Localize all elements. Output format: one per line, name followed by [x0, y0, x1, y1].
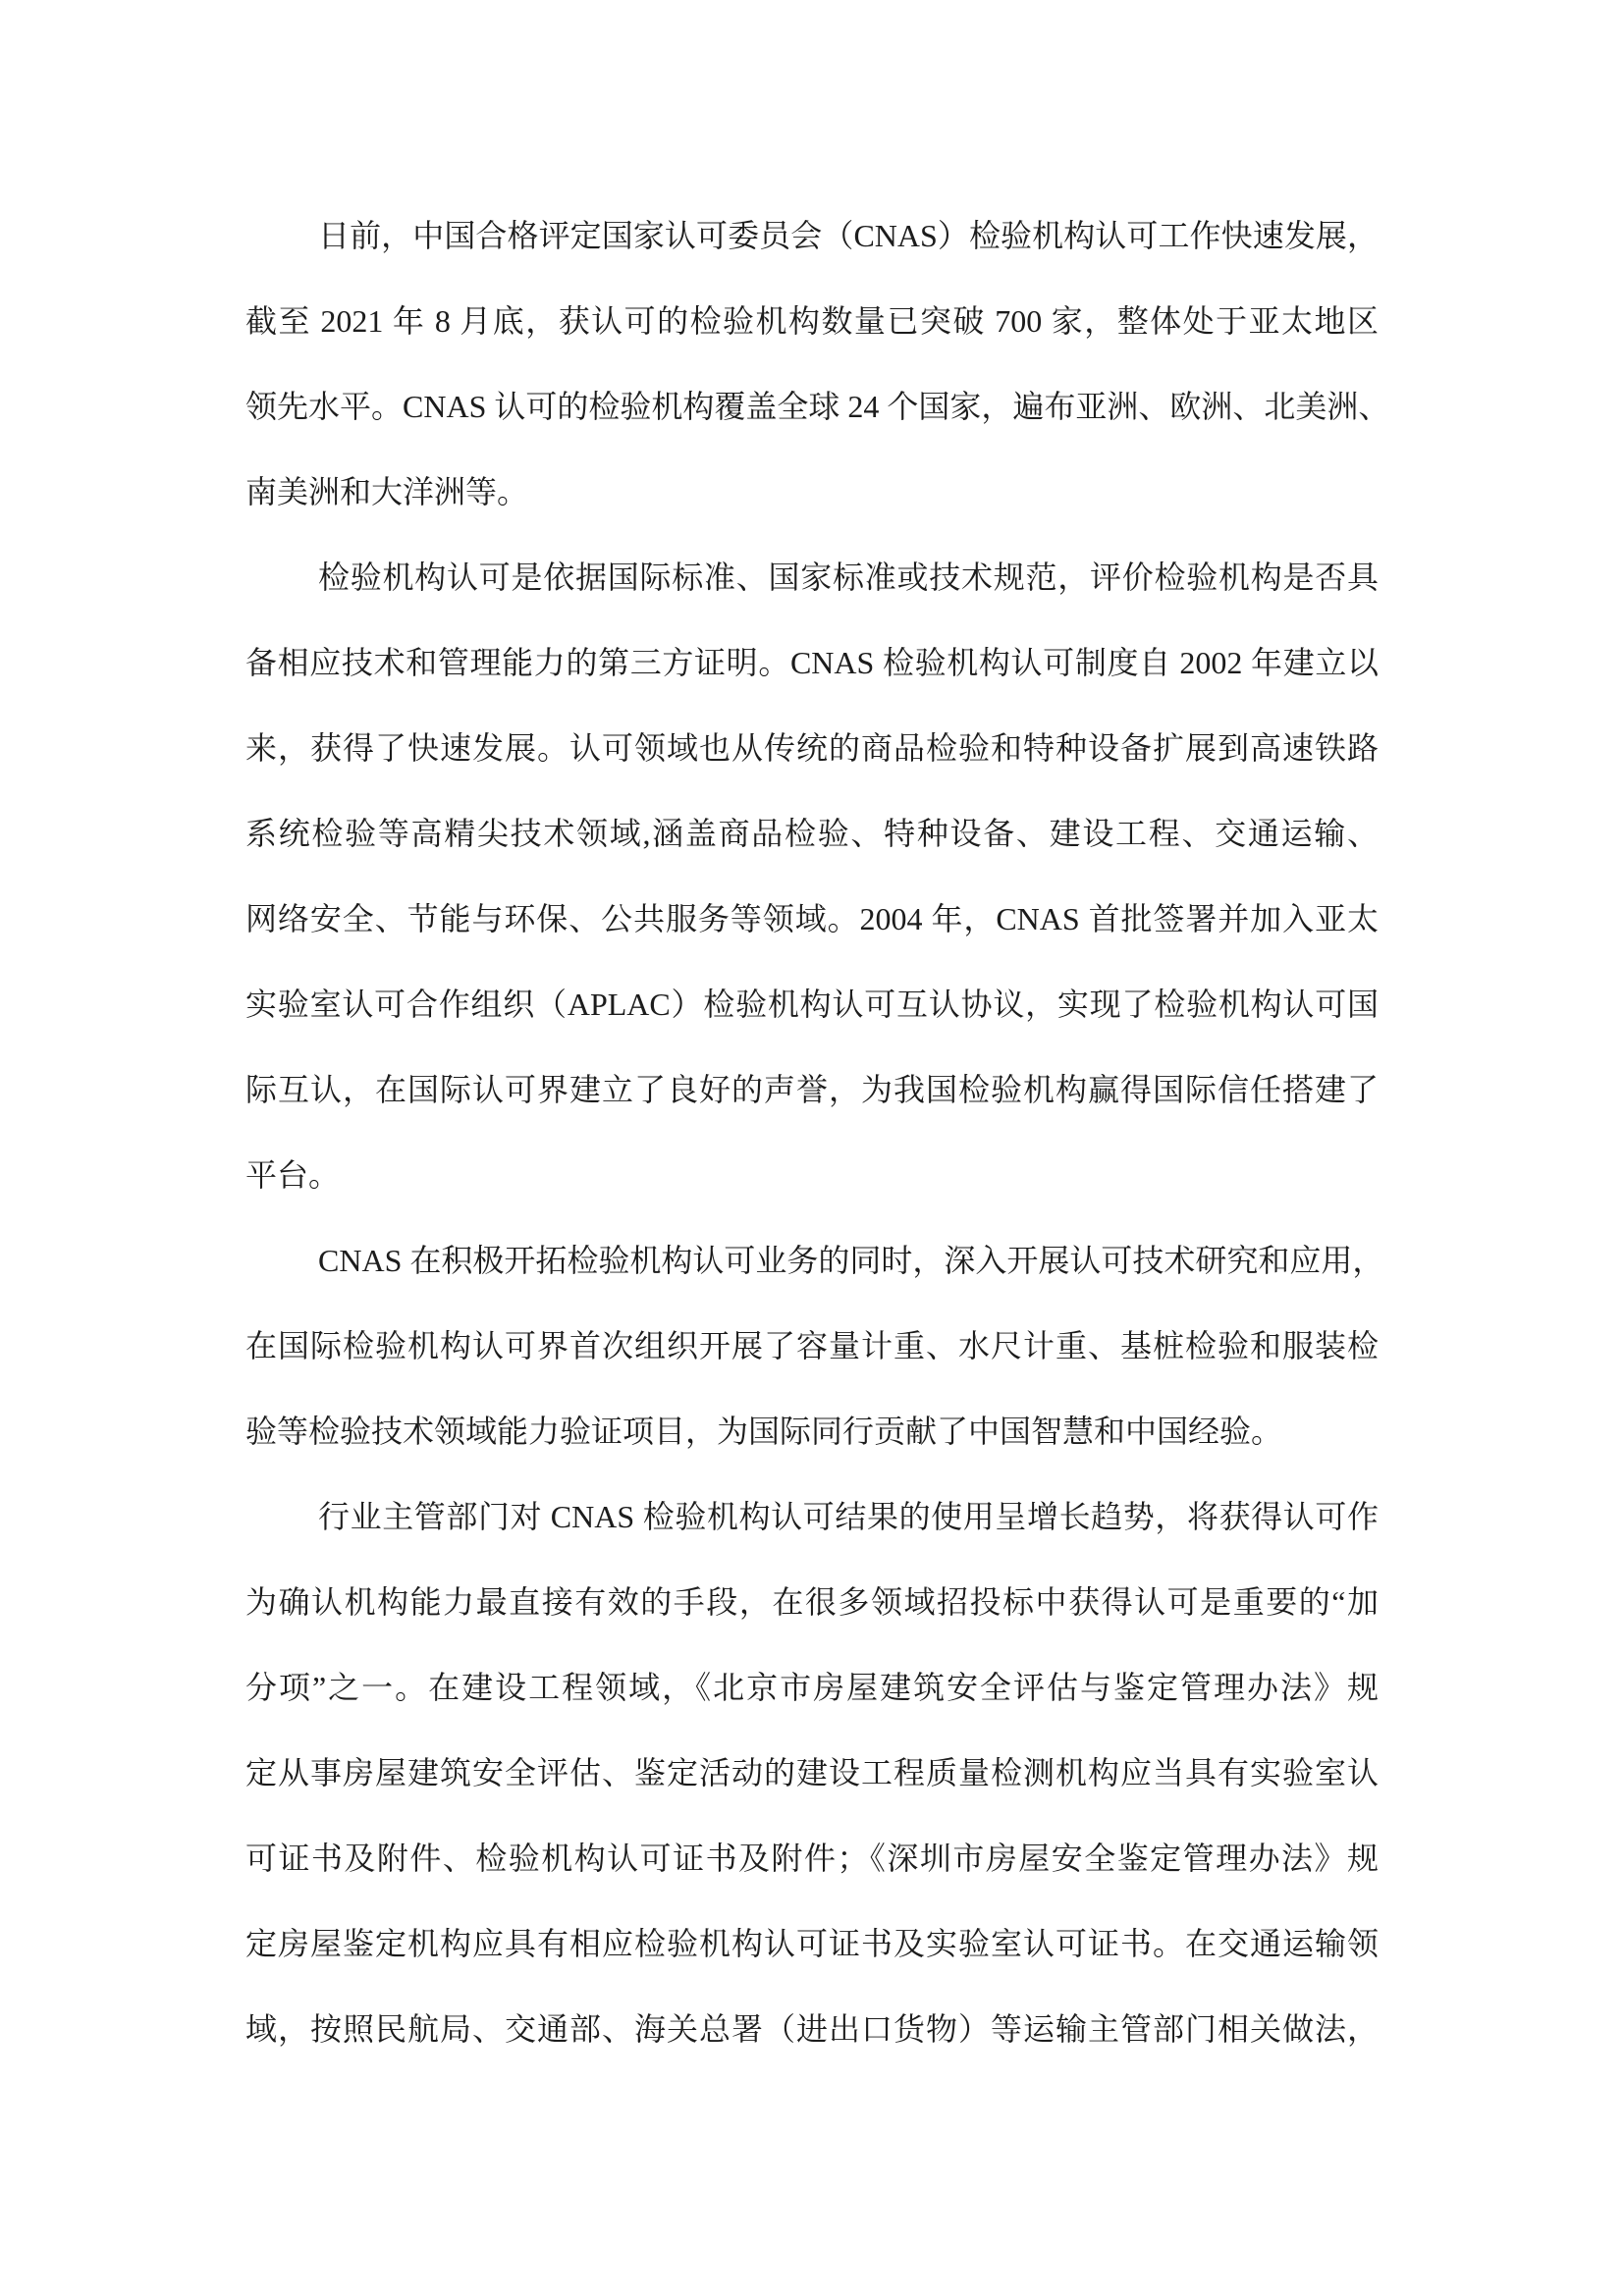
text-line: CNAS 在积极开拓检验机构认可业务的同时，深入开展认可技术研究和应用，: [245, 1218, 1379, 1304]
text-line: 网络安全、节能与环保、公共服务等领域。2004 年，CNAS 首批签署并加入亚太: [245, 877, 1379, 962]
text-line: 域，按照民航局、交通部、海关总署（进出口货物）等运输主管部门相关做法，: [245, 1987, 1379, 2072]
text-line: 分项”之一。在建设工程领域，《北京市房屋建筑安全评估与鉴定管理办法》规: [245, 1645, 1379, 1731]
document-page: 日前，中国合格评定国家认可委员会（CNAS）检验机构认可工作快速发展，截至 20…: [0, 0, 1624, 2296]
text-line: 际互认，在国际认可界建立了良好的声誉，为我国检验机构赢得国际信任搭建了: [245, 1047, 1379, 1133]
text-line: 日前，中国合格评定国家认可委员会（CNAS）检验机构认可工作快速发展，: [245, 193, 1379, 279]
text-line: 实验室认可合作组织（APLAC）检验机构认可互认协议，实现了检验机构认可国: [245, 962, 1379, 1047]
text-line: 检验机构认可是依据国际标准、国家标准或技术规范，评价检验机构是否具: [245, 535, 1379, 620]
text-line: 领先水平。CNAS 认可的检验机构覆盖全球 24 个国家，遍布亚洲、欧洲、北美洲…: [245, 364, 1379, 450]
text-line: 行业主管部门对 CNAS 检验机构认可结果的使用呈增长趋势，将获得认可作: [245, 1474, 1379, 1560]
text-line: 为确认机构能力最直接有效的手段，在很多领域招投标中获得认可是重要的“加: [245, 1560, 1379, 1645]
text-line: 验等检验技术领域能力验证项目，为国际同行贡献了中国智慧和中国经验。: [245, 1389, 1379, 1474]
text-line: 平台。: [245, 1133, 1379, 1218]
text-line: 在国际检验机构认可界首次组织开展了容量计重、水尺计重、基桩检验和服装检: [245, 1304, 1379, 1389]
text-line: 可证书及附件、检验机构认可证书及附件；《深圳市房屋安全鉴定管理办法》规: [245, 1816, 1379, 1901]
text-line: 定房屋鉴定机构应具有相应检验机构认可证书及实验室认可证书。在交通运输领: [245, 1901, 1379, 1987]
document-body: 日前，中国合格评定国家认可委员会（CNAS）检验机构认可工作快速发展，截至 20…: [245, 193, 1379, 2072]
text-line: 南美洲和大洋洲等。: [245, 450, 1379, 535]
text-line: 定从事房屋建筑安全评估、鉴定活动的建设工程质量检测机构应当具有实验室认: [245, 1731, 1379, 1816]
text-line: 系统检验等高精尖技术领域,涵盖商品检验、特种设备、建设工程、交通运输、: [245, 791, 1379, 877]
text-line: 备相应技术和管理能力的第三方证明。CNAS 检验机构认可制度自 2002 年建立…: [245, 620, 1379, 706]
text-line: 截至 2021 年 8 月底，获认可的检验机构数量已突破 700 家，整体处于亚…: [245, 279, 1379, 364]
text-line: 来，获得了快速发展。认可领域也从传统的商品检验和特种设备扩展到高速铁路: [245, 706, 1379, 791]
